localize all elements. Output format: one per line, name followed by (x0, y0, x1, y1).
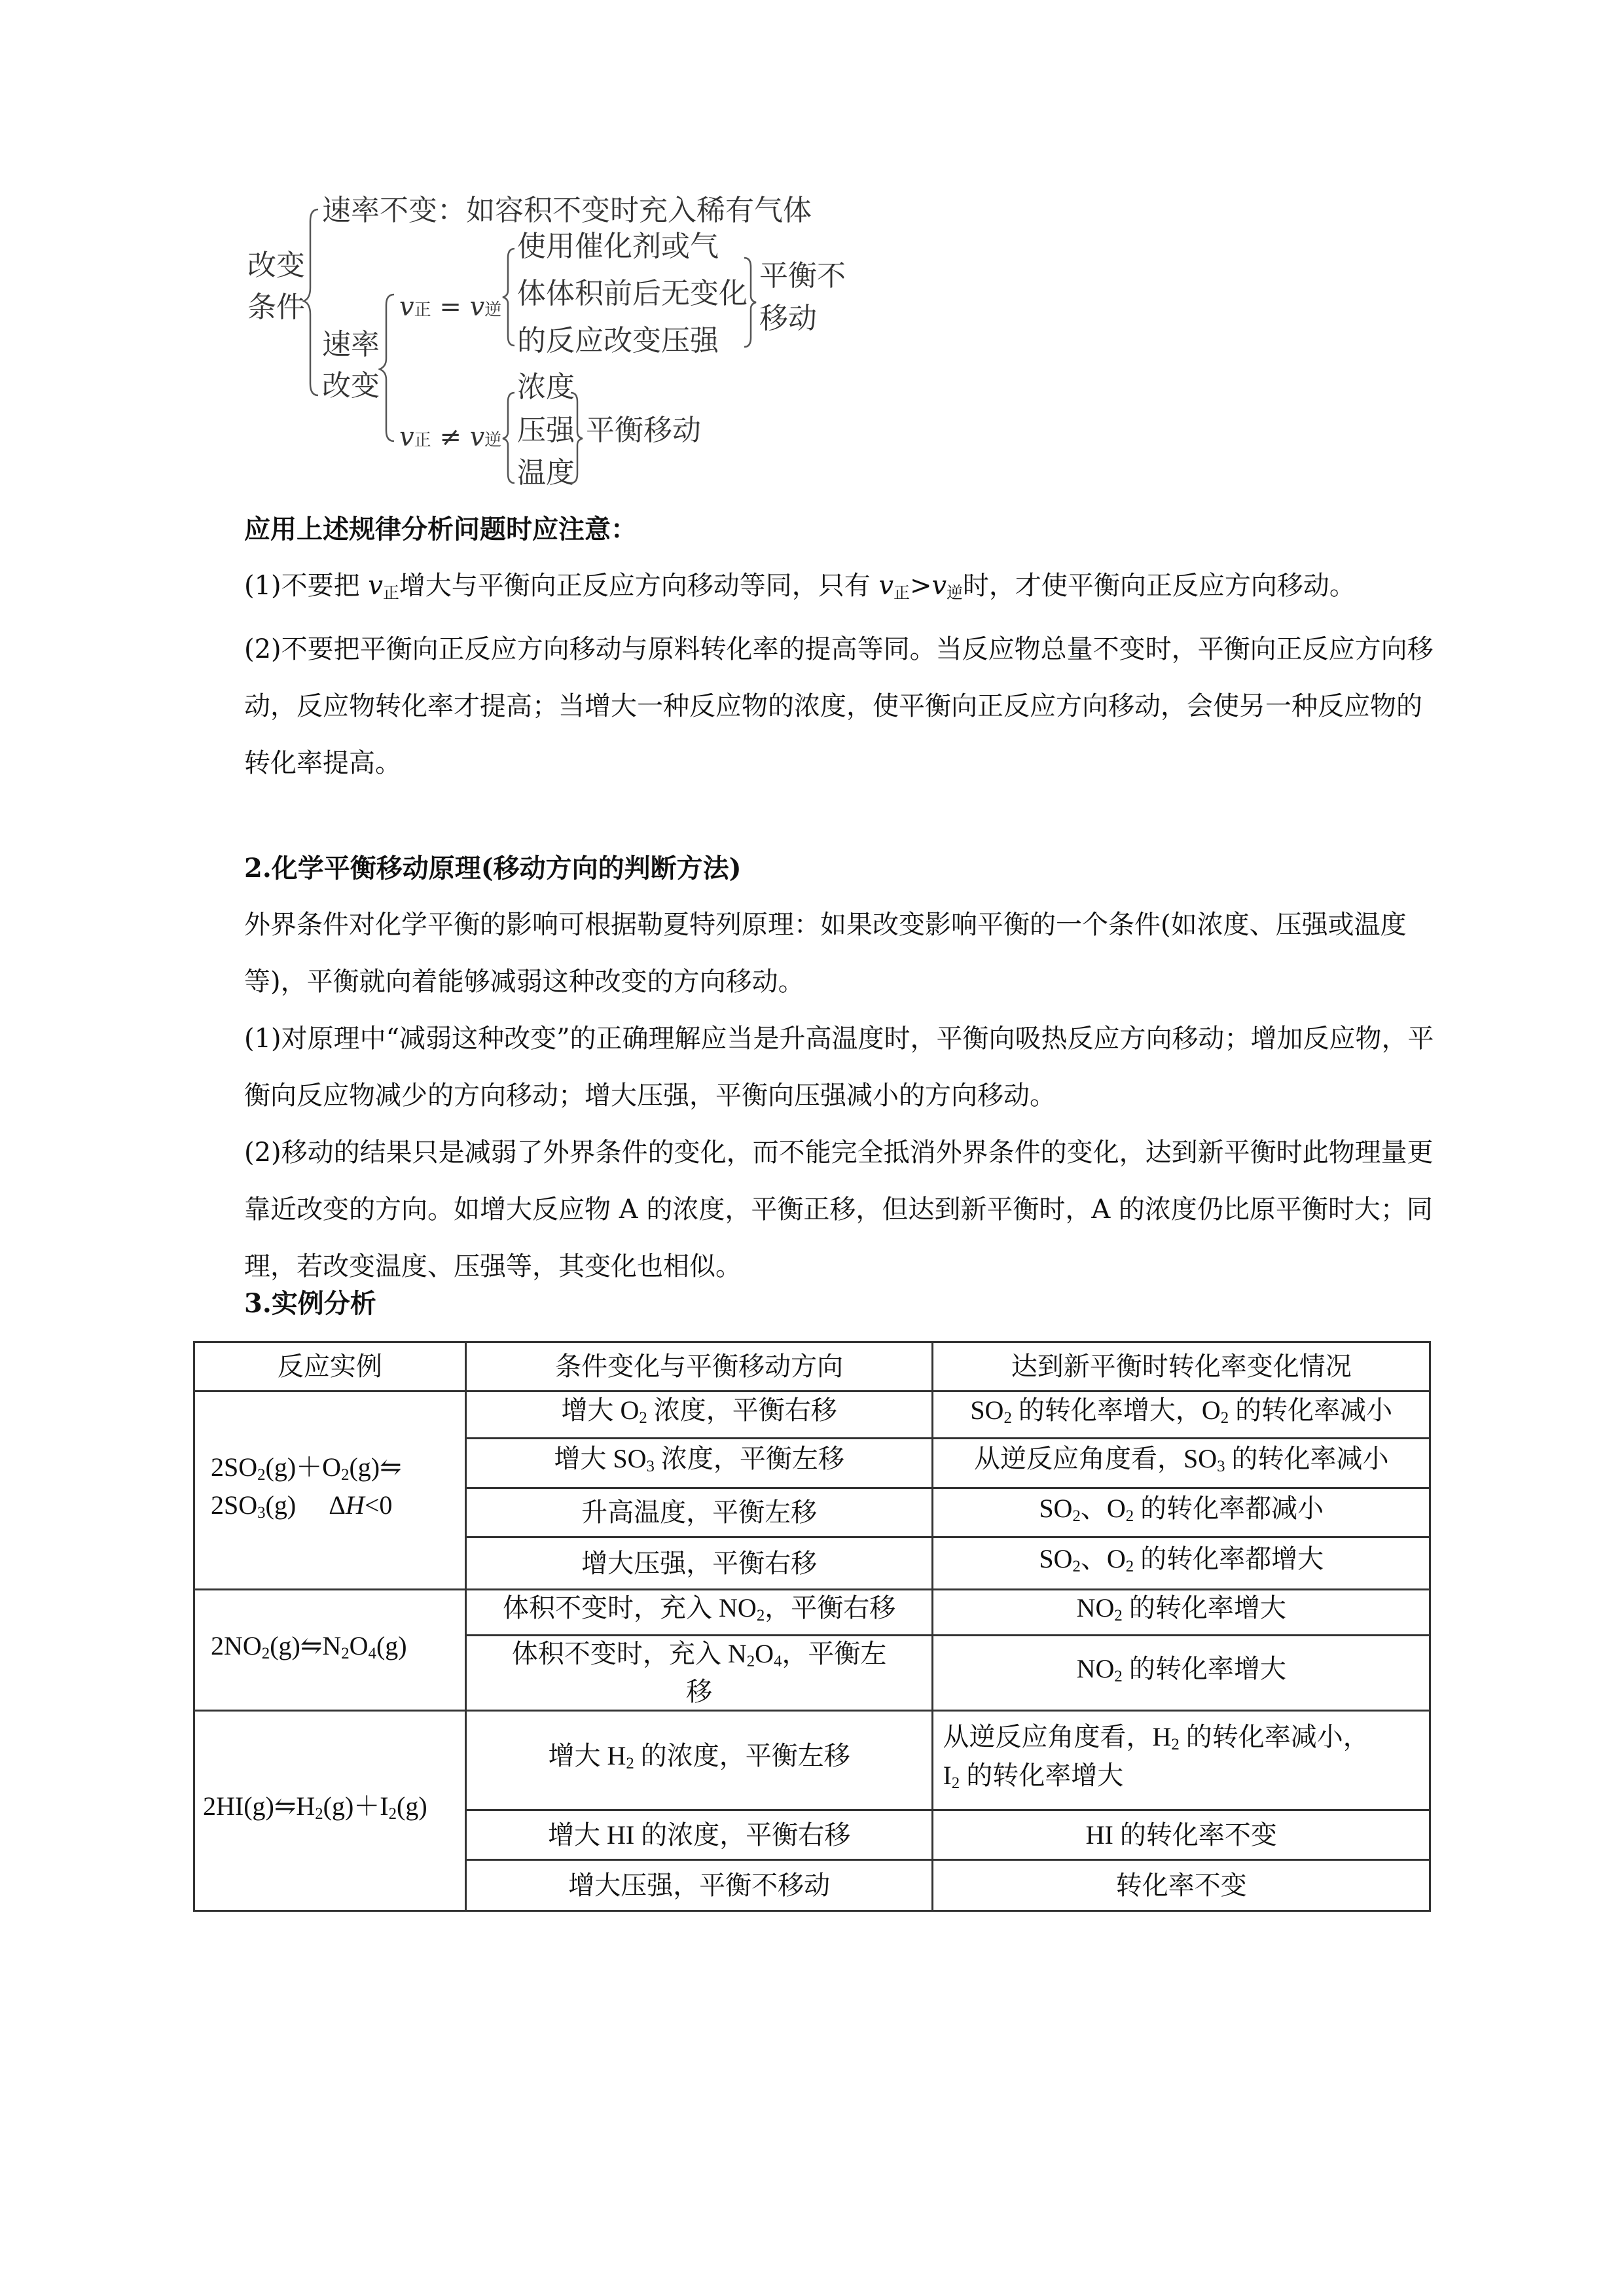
table-row: 2HI(g)⇋H2(g)＋I2(g) 增大 H2 的浓度，平衡左移 从逆反应角度… (194, 1711, 1430, 1810)
examples-table: 反应实例 条件变化与平衡移动方向 达到新平衡时转化率变化情况 2SO2(g)＋O… (193, 1341, 1431, 1912)
branch-rate-changed-line1: 速率 (322, 331, 380, 359)
left-brace-icon (501, 247, 517, 347)
result-cell: 转化率不变 (933, 1860, 1430, 1911)
branch-rate-changed-line2: 改变 (322, 372, 380, 401)
condition-cell: 增大 H2 的浓度，平衡左移 (465, 1711, 933, 1810)
example-section: 3.实例分析 (244, 1275, 1435, 1332)
condition-cell: 体积不变时，充入 NO2，平衡右移 (465, 1590, 933, 1636)
result-cell: HI 的转化率不变 (933, 1810, 1430, 1860)
equal-condition-1: 使用催化剂或气 (517, 232, 719, 261)
reaction-cell: 2HI(g)⇋H2(g)＋I2(g) (194, 1711, 466, 1911)
unequal-condition-2: 压强 (517, 416, 575, 445)
result-cell: SO2、O2 的转化率都增大 (933, 1537, 1430, 1590)
equal-condition-2: 体体积前后无变化 (517, 279, 748, 308)
principle-section: 2.化学平衡移动原理(移动方向的判断方法) 外界条件对化学平衡的影响可根据勒夏特… (244, 840, 1435, 1295)
equal-condition-3: 的反应改变压强 (517, 327, 719, 355)
condition-cell: 增大 HI 的浓度，平衡右移 (465, 1810, 933, 1860)
condition-cell: 增大 SO3 浓度，平衡左移 (465, 1439, 933, 1488)
table-row: 2SO2(g)＋O2(g)⇋2SO3(g) ΔH<0 增大 O2 浓度，平衡右移… (194, 1391, 1430, 1439)
condition-cell: 体积不变时，充入 N2O4，平衡左移 (465, 1636, 933, 1711)
notes-item-2: (2)不要把平衡向正反应方向移动与原料转化率的提高等同。当反应物总量不变时，平衡… (244, 621, 1435, 792)
notes-section: 应用上述规律分析问题时应注意： (1)不要把 v正增大与平衡向正反应方向移动等同… (244, 501, 1435, 792)
section2-intro: 外界条件对化学平衡的影响可根据勒夏特列原理：如果改变影响平衡的一个条件(如浓度、… (244, 897, 1435, 1011)
left-brace-icon (501, 391, 517, 484)
table-row: 2NO2(g)⇋N2O4(g) 体积不变时，充入 NO2，平衡右移 NO2 的转… (194, 1590, 1430, 1636)
right-brace-icon (568, 391, 584, 484)
equal-result-line2: 移动 (759, 304, 817, 333)
result-cell: SO2、O2 的转化率都减小 (933, 1488, 1430, 1537)
notes-item-1: (1)不要把 v正增大与平衡向正反应方向移动等同，只有 v正>v逆时，才使平衡向… (244, 558, 1435, 621)
left-brace-icon (302, 208, 322, 398)
result-cell: NO2 的转化率增大 (933, 1590, 1430, 1636)
table-header: 达到新平衡时转化率变化情况 (933, 1342, 1430, 1391)
table-header: 条件变化与平衡移动方向 (465, 1342, 933, 1391)
unequal-rates-label: v正 ≠ v逆 (399, 422, 501, 452)
result-cell: 从逆反应角度看，H2 的转化率减小，I2 的转化率增大 (933, 1711, 1430, 1810)
tree-root-line2: 条件 (247, 293, 305, 322)
reaction-cell: 2SO2(g)＋O2(g)⇋2SO3(g) ΔH<0 (194, 1391, 466, 1590)
section3-heading: 3.实例分析 (244, 1275, 1435, 1332)
condition-cell: 增大压强，平衡右移 (465, 1537, 933, 1590)
section2-item-2: (2)移动的结果只是减弱了外界条件的变化，而不能完全抵消外界条件的变化，达到新平… (244, 1124, 1435, 1295)
result-cell: 从逆反应角度看，SO3 的转化率减小 (933, 1439, 1430, 1488)
section2-item-1: (1)对原理中“减弱这种改变”的正确理解应当是升高温度时，平衡向吸热反应方向移动… (244, 1011, 1435, 1124)
unequal-condition-1: 浓度 (517, 373, 575, 402)
result-cell: SO2 的转化率增大，O2 的转化率减小 (933, 1391, 1430, 1439)
result-cell: NO2 的转化率增大 (933, 1636, 1430, 1711)
reaction-cell: 2NO2(g)⇋N2O4(g) (194, 1590, 466, 1711)
condition-cell: 增大 O2 浓度，平衡右移 (465, 1391, 933, 1439)
equal-result-line1: 平衡不 (759, 262, 846, 291)
condition-cell: 增大压强，平衡不移动 (465, 1860, 933, 1911)
notes-heading: 应用上述规律分析问题时应注意： (244, 501, 1435, 558)
section2-heading: 2.化学平衡移动原理(移动方向的判断方法) (244, 840, 1435, 897)
branch-rate-unchanged: 速率不变：如容积不变时充入稀有气体 (322, 196, 812, 225)
right-brace-icon (742, 257, 757, 348)
equal-rates-label: v正 = v逆 (399, 292, 501, 322)
tree-root-line1: 改变 (247, 251, 305, 280)
left-brace-icon (378, 293, 398, 444)
table-header-row: 反应实例 条件变化与平衡移动方向 达到新平衡时转化率变化情况 (194, 1342, 1430, 1391)
table-header: 反应实例 (194, 1342, 466, 1391)
unequal-condition-3: 温度 (517, 459, 575, 488)
unequal-result: 平衡移动 (586, 416, 701, 445)
condition-cell: 升高温度，平衡左移 (465, 1488, 933, 1537)
